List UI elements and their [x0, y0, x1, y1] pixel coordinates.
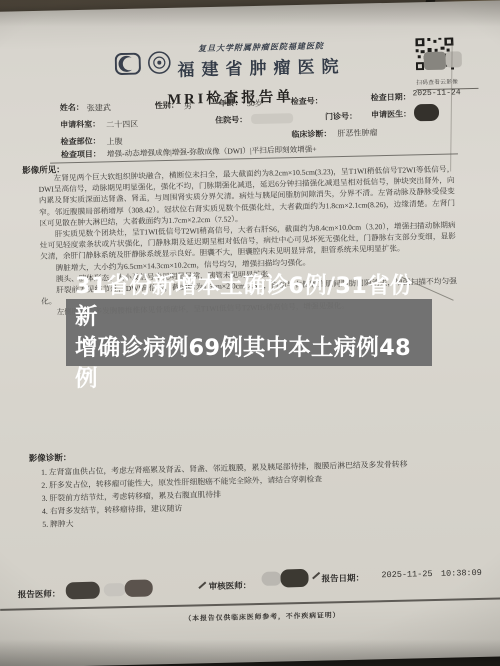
physician-redaction [414, 104, 439, 122]
exam-items-label: 检查项目： [61, 148, 101, 160]
body-part-label: 检查部位： [60, 135, 100, 147]
diagnosis-section-label: 影像诊断： [29, 451, 72, 464]
report-date-label: 报告日期： [321, 572, 364, 585]
inpatient-no-label: 住院号： [215, 114, 247, 126]
headline-line-2: 增确诊病例69例其中本土病例48例 [75, 333, 432, 395]
headline-line-1: 31省份新增本土确诊6例/31省份新 [75, 271, 432, 333]
outpatient-no-label: 门诊号： [325, 111, 357, 123]
qr-block: 扫码查看云影像 [415, 37, 476, 90]
report-doctor-redaction-2 [104, 583, 126, 596]
body-part-value: 上腹 [106, 136, 122, 147]
report-datetime-value: 2025-11-25 10:38:09 [381, 566, 482, 580]
photo-of-mri-report: 复旦大学附属肿瘤医院福建医院 福建省肿瘤医院 MRI检查报告单 [0, 0, 500, 666]
dept-value: 二十四区 [106, 119, 138, 131]
exam-date-value: 2025-11-24 [412, 88, 460, 98]
gender-value: 男 [184, 100, 192, 111]
exam-date-label: 检查日期： [371, 91, 411, 103]
review-doctor-redaction-2 [280, 569, 308, 588]
report-doctor-redaction-1 [66, 582, 100, 600]
qr-caption: 扫码查看云影像 [416, 77, 476, 86]
physician-label: 申请医生： [371, 108, 411, 120]
name-label: 姓名： [60, 102, 84, 114]
diagnosis-list: 1. 左肾富血供占位，考虑左肾癌累及肾盂、肾盏、邻近腹膜，累及胰尾部待排，腹膜后… [41, 456, 462, 531]
age-value: 50岁 [247, 98, 263, 109]
clinical-dx-label: 临床诊断： [291, 128, 331, 140]
gender-label: 性别： [155, 100, 179, 112]
hospital-seal-icon [147, 51, 171, 75]
qr-redaction-light [446, 51, 462, 67]
report-doctor-redaction-3 [125, 579, 153, 597]
name-value: 张建武 [87, 102, 111, 114]
hospital-name-text: 福建省肿瘤医院 [177, 52, 346, 81]
news-headline-overlay: 31省份新增本土确诊6例/31省份新 增确诊病例69例其中本土病例48例 [66, 299, 432, 366]
age-label: 年龄： [219, 97, 243, 109]
inpatient-no-redaction [251, 113, 293, 124]
findings-paragraph: 左肾见两个巨大软组织肿块融合，横断位未扫全，最大截面约为8.2cm×10.5cm… [38, 163, 455, 228]
dept-label: 申请科室： [60, 118, 100, 130]
paper-crease [450, 42, 453, 172]
review-doctor-redaction-1 [261, 571, 281, 585]
report-doctor-label: 报告医师： [18, 588, 61, 601]
review-doctor-label: 审核医师： [209, 579, 252, 592]
crescent-logo-icon [114, 52, 140, 75]
pen-mark [198, 582, 206, 589]
qr-redaction-dark [424, 52, 446, 70]
pen-mark [312, 572, 320, 579]
exam-no-label: 检查号： [291, 95, 323, 107]
hospital-header: 复旦大学附属肿瘤医院福建医院 福建省肿瘤医院 [39, 38, 420, 84]
clinical-dx-value: 肝恶性肿瘤 [337, 127, 377, 139]
